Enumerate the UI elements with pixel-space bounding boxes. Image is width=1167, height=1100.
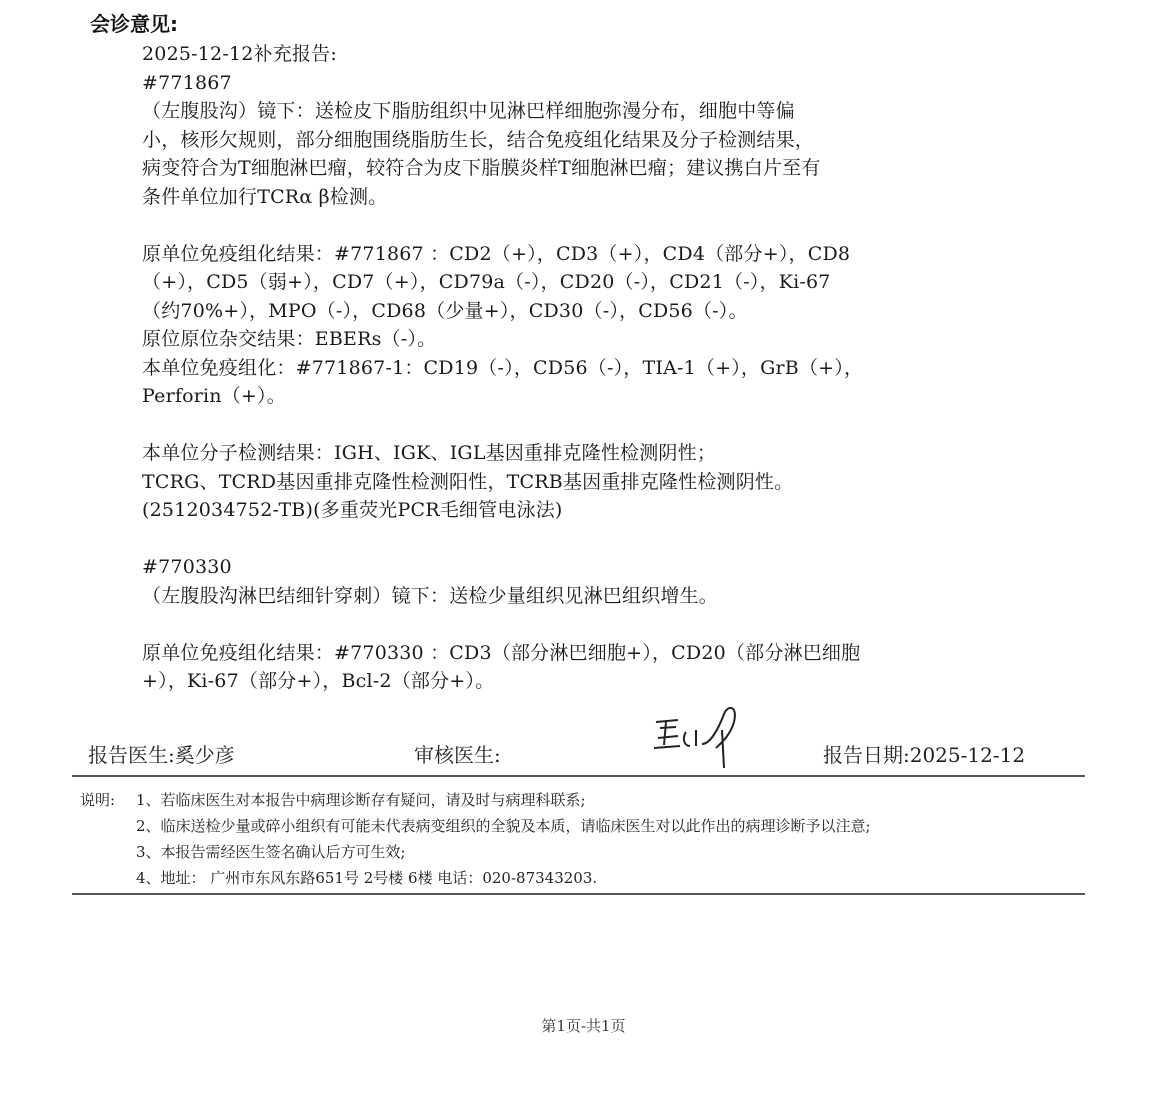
report-line: 本单位免疫组化：#771867-1：CD19（-），CD56（-），TIA-1（… bbox=[142, 354, 1022, 383]
spacer bbox=[142, 525, 1022, 554]
review-doctor-label: 审核医生: bbox=[414, 739, 501, 768]
report-line: （+），CD5（弱+），CD7（+），CD79a（-），CD20（-），CD21… bbox=[142, 268, 1022, 297]
report-line: +），Ki-67（部分+），Bcl-2（部分+）。 bbox=[142, 667, 1022, 696]
report-line: 本单位分子检测结果：IGH、IGK、IGL基因重排克隆性检测阴性； bbox=[142, 439, 1022, 468]
report-line: TCRG、TCRD基因重排克隆性检测阳性，TCRB基因重排克隆性检测阴性。 bbox=[142, 468, 1022, 497]
note-item: 4、地址： 广州市东风东路651号 2号楼 6楼 电话：020-87343203… bbox=[80, 865, 871, 891]
report-line: 条件单位加行TCRα β检测。 bbox=[142, 183, 1022, 212]
signature-row: 报告医生:奚少彦 审核医生: 报告日期:2025-12-12 bbox=[88, 735, 1078, 771]
report-line: #770330 bbox=[142, 553, 1022, 582]
note-item: 2、临床送检少量或碎小组织有可能未代表病变组织的全貌及本质，请临床医生对以此作出… bbox=[80, 813, 871, 839]
consultation-opinion-heading: 会诊意见: bbox=[90, 8, 178, 37]
report-line: #771867 bbox=[142, 69, 1022, 98]
spacer bbox=[142, 610, 1022, 639]
report-line: 原位原位杂交结果：EBERs（-）。 bbox=[142, 325, 1022, 354]
handwritten-signature-icon bbox=[648, 700, 758, 770]
report-line: 2025-12-12补充报告: bbox=[142, 40, 1022, 69]
report-line: （左腹股沟）镜下：送检皮下脂肪组织中见淋巴样细胞弥漫分布，细胞中等偏 bbox=[142, 97, 1022, 126]
report-body: 2025-12-12补充报告: #771867 （左腹股沟）镜下：送检皮下脂肪组… bbox=[142, 40, 1022, 696]
report-line: 病变符合为T细胞淋巴瘤，较符合为皮下脂膜炎样T细胞淋巴瘤；建议携白片至有 bbox=[142, 154, 1022, 183]
divider-bottom bbox=[72, 893, 1085, 895]
report-line: （约70%+），MPO（-），CD68（少量+），CD30（-），CD56（-）… bbox=[142, 297, 1022, 326]
report-line: 原单位免疫组化结果：#770330 ：CD3（部分淋巴细胞+），CD20（部分淋… bbox=[142, 639, 1022, 668]
note-item: 说明:1、若临床医生对本报告中病理诊断存有疑问，请及时与病理科联系; bbox=[80, 787, 871, 813]
spacer bbox=[142, 211, 1022, 240]
notes-label: 说明: bbox=[80, 787, 136, 813]
divider-top bbox=[72, 775, 1085, 777]
report-line: 原单位免疫组化结果：#771867 ：CD2（+），CD3（+），CD4（部分+… bbox=[142, 240, 1022, 269]
report-doctor: 报告医生:奚少彦 bbox=[88, 739, 235, 768]
report-line: （左腹股沟淋巴结细针穿刺）镜下：送检少量组织见淋巴组织增生。 bbox=[142, 582, 1022, 611]
report-date: 报告日期:2025-12-12 bbox=[823, 739, 1025, 768]
notes-section: 说明:1、若临床医生对本报告中病理诊断存有疑问，请及时与病理科联系; 2、临床送… bbox=[80, 787, 871, 891]
note-item: 3、本报告需经医生签名确认后方可生效; bbox=[80, 839, 871, 865]
page-number: 第1页-共1页 bbox=[0, 1015, 1167, 1036]
report-line: (2512034752-TB)(多重荧光PCR毛细管电泳法) bbox=[142, 496, 1022, 525]
report-line: 小，核形欠规则，部分细胞围绕脂肪生长，结合免疫组化结果及分子检测结果， bbox=[142, 126, 1022, 155]
report-line: Perforin（+）。 bbox=[142, 382, 1022, 411]
spacer bbox=[142, 411, 1022, 440]
